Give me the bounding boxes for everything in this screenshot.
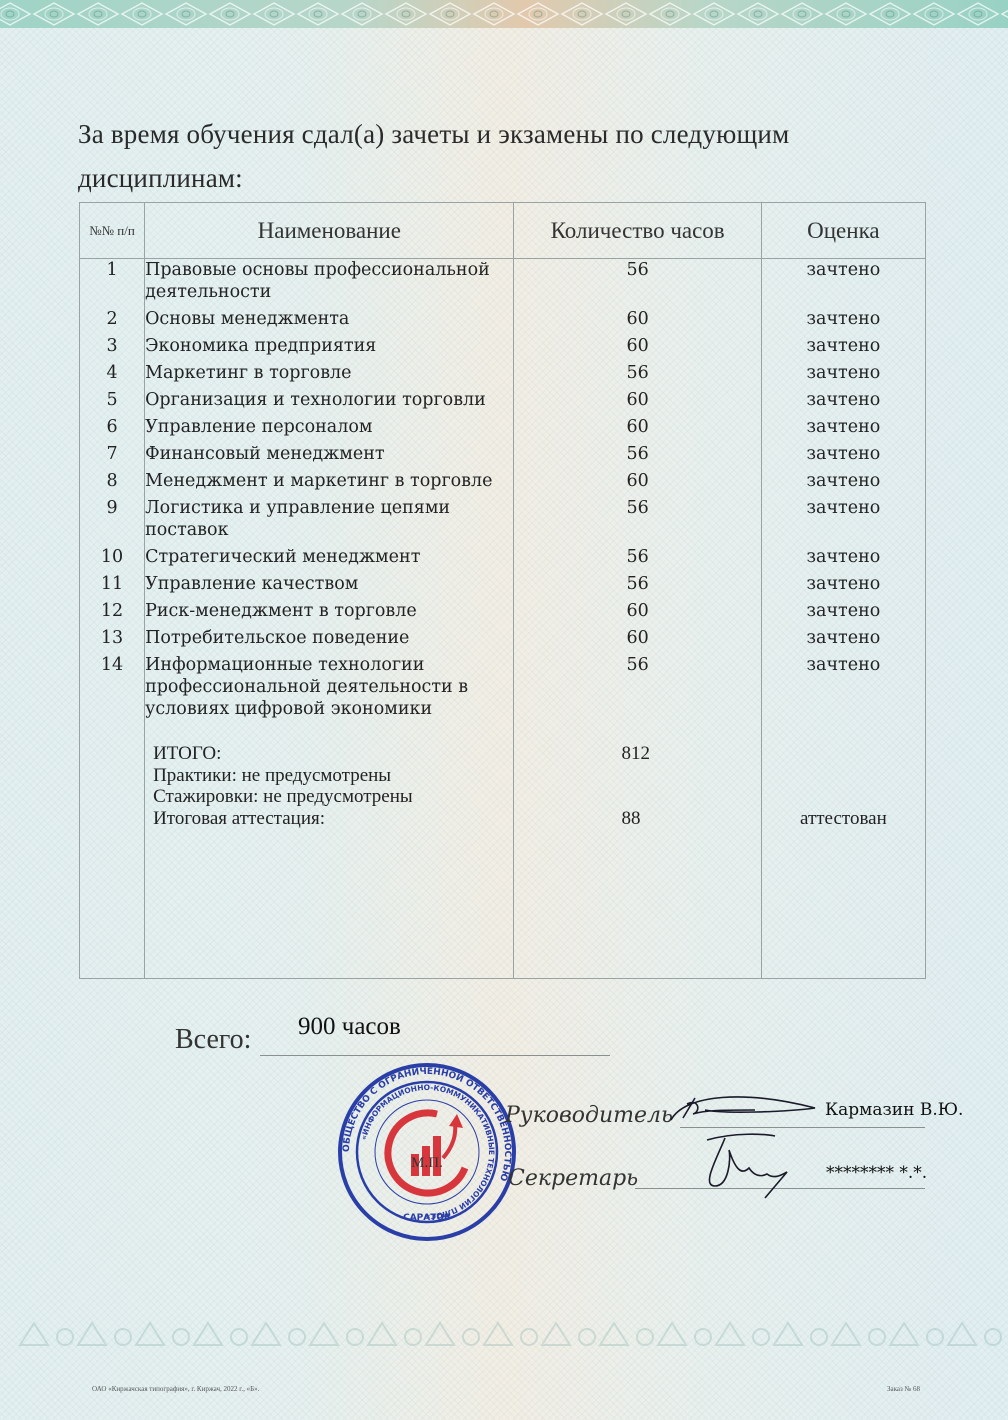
summary-grade: аттестован (761, 725, 925, 829)
printer-info: ОАО «Киржачская типография», г. Киржач, … (92, 1385, 259, 1393)
internship-label: Стажировки: не предусмотрены (153, 786, 513, 808)
practice-label: Практики: не предусмотрены (153, 765, 513, 787)
discipline-hours: 60 (514, 600, 761, 627)
summary-hours: 812 88 (514, 725, 761, 829)
table-row: 9Логистика и управление цепями поставок5… (80, 497, 926, 546)
discipline-number: 13 (80, 627, 145, 654)
discipline-hours: 60 (514, 335, 761, 362)
discipline-hours: 60 (514, 308, 761, 335)
discipline-name: Менеджмент и маркетинг в торговле (145, 470, 514, 497)
discipline-name: Информационные технологии профессиональн… (145, 654, 514, 725)
discipline-number: 14 (80, 654, 145, 725)
total-underline (260, 1055, 610, 1056)
summary-row: ИТОГО: Практики: не предусмотрены Стажир… (80, 725, 926, 829)
order-number: Заказ № 68 (887, 1385, 920, 1393)
discipline-hours: 56 (514, 546, 761, 573)
discipline-name: Организация и технологии торговли (145, 389, 514, 416)
discipline-grade: зачтено (761, 443, 925, 470)
discipline-hours: 60 (514, 627, 761, 654)
discipline-name: Риск-менеджмент в торговле (145, 600, 514, 627)
summary-num-cell (80, 725, 145, 829)
table-row: 3Экономика предприятия60зачтено (80, 335, 926, 362)
discipline-name: Экономика предприятия (145, 335, 514, 362)
discipline-name: Управление персоналом (145, 416, 514, 443)
discipline-number: 3 (80, 335, 145, 362)
discipline-name: Стратегический менеджмент (145, 546, 514, 573)
stamp-logo-icon (388, 1113, 465, 1193)
discipline-number: 7 (80, 443, 145, 470)
discipline-grade: зачтено (761, 627, 925, 654)
discipline-hours: 56 (514, 497, 761, 546)
discipline-grade: зачтено (761, 362, 925, 389)
discipline-hours: 56 (514, 654, 761, 725)
discipline-grade: зачтено (761, 416, 925, 443)
page-heading: За время обучения сдал(а) зачеты и экзам… (78, 112, 938, 200)
table-row: 14Информационные технологии профессионал… (80, 654, 926, 725)
discipline-hours: 56 (514, 573, 761, 600)
discipline-grade: зачтено (761, 470, 925, 497)
discipline-number: 9 (80, 497, 145, 546)
discipline-number: 10 (80, 546, 145, 573)
header-grade: Оценка (761, 203, 925, 259)
discipline-grade: зачтено (761, 335, 925, 362)
header-name: Наименование (145, 203, 514, 259)
total-label: ИТОГО: (153, 743, 513, 765)
discipline-hours: 56 (514, 259, 761, 309)
discipline-number: 12 (80, 600, 145, 627)
decorative-bottom-pattern (0, 1315, 1008, 1365)
table-row: 6Управление персоналом60зачтено (80, 416, 926, 443)
table-row: 12Риск-менеджмент в торговле60зачтено (80, 600, 926, 627)
discipline-name: Финансовый менеджмент (145, 443, 514, 470)
discipline-hours: 60 (514, 389, 761, 416)
header-num: №№ п/п (80, 203, 145, 259)
table-row: 8Менеджмент и маркетинг в торговле60зачт… (80, 470, 926, 497)
discipline-hours: 60 (514, 470, 761, 497)
discipline-grade: зачтено (761, 259, 925, 309)
discipline-name: Логистика и управление цепями поставок (145, 497, 514, 546)
discipline-number: 6 (80, 416, 145, 443)
final-attestation-label: Итоговая аттестация: (153, 808, 513, 830)
table-row: 2Основы менеджмента60зачтено (80, 308, 926, 335)
secretary-signature-icon (695, 1128, 805, 1203)
director-name: Кармазин В.Ю. (825, 1100, 963, 1120)
table-row: 4Маркетинг в торговле56зачтено (80, 362, 926, 389)
discipline-grade: зачтено (761, 389, 925, 416)
discipline-name: Потребительское поведение (145, 627, 514, 654)
stamp-city: САРАТОВ (403, 1213, 451, 1223)
table-row: 13Потребительское поведение60зачтено (80, 627, 926, 654)
table-row: 10Стратегический менеджмент56зачтено (80, 546, 926, 573)
table-row: 11Управление качеством56зачтено (80, 573, 926, 600)
total-hours-value: 812 (621, 743, 760, 765)
discipline-hours: 60 (514, 416, 761, 443)
discipline-name: Маркетинг в торговле (145, 362, 514, 389)
director-signature-icon (665, 1088, 825, 1128)
discipline-grade: зачтено (761, 573, 925, 600)
decorative-top-border (0, 0, 1008, 28)
discipline-number: 5 (80, 389, 145, 416)
disciplines-table: №№ п/п Наименование Количество часов Оце… (79, 202, 926, 979)
discipline-grade: зачтено (761, 546, 925, 573)
final-hours-value: 88 (621, 808, 760, 830)
table-row: 5Организация и технологии торговли60зачт… (80, 389, 926, 416)
discipline-grade: зачтено (761, 308, 925, 335)
discipline-name: Правовые основы профессиональной деятель… (145, 259, 514, 309)
discipline-hours: 56 (514, 362, 761, 389)
discipline-grade: зачтено (761, 654, 925, 725)
discipline-name: Управление качеством (145, 573, 514, 600)
secretary-name: ******** *.*. (826, 1163, 927, 1183)
final-grade-value: аттестован (762, 808, 925, 830)
table-row: 1Правовые основы профессиональной деятел… (80, 259, 926, 309)
discipline-number: 1 (80, 259, 145, 309)
total-value: 900 часов (298, 1013, 401, 1041)
empty-filler-row (80, 829, 926, 979)
stamp-mp-label: М.П. (411, 1155, 443, 1171)
summary-labels: ИТОГО: Практики: не предусмотрены Стажир… (145, 725, 514, 829)
total-label: Всего: (175, 1024, 251, 1056)
discipline-number: 4 (80, 362, 145, 389)
header-hours: Количество часов (514, 203, 761, 259)
discipline-name: Основы менеджмента (145, 308, 514, 335)
director-label: Руководитель (505, 1103, 673, 1128)
discipline-hours: 56 (514, 443, 761, 470)
secretary-label: Секретарь (508, 1166, 638, 1191)
discipline-grade: зачтено (761, 600, 925, 627)
discipline-number: 2 (80, 308, 145, 335)
official-stamp: ОБЩЕСТВО С ОГРАНИЧЕННОЙ ОТВЕТСТВЕННОСТЬЮ… (337, 1062, 517, 1242)
discipline-grade: зачтено (761, 497, 925, 546)
discipline-number: 8 (80, 470, 145, 497)
table-row: 7Финансовый менеджмент56зачтено (80, 443, 926, 470)
table-header-row: №№ п/п Наименование Количество часов Оце… (80, 203, 926, 259)
discipline-number: 11 (80, 573, 145, 600)
